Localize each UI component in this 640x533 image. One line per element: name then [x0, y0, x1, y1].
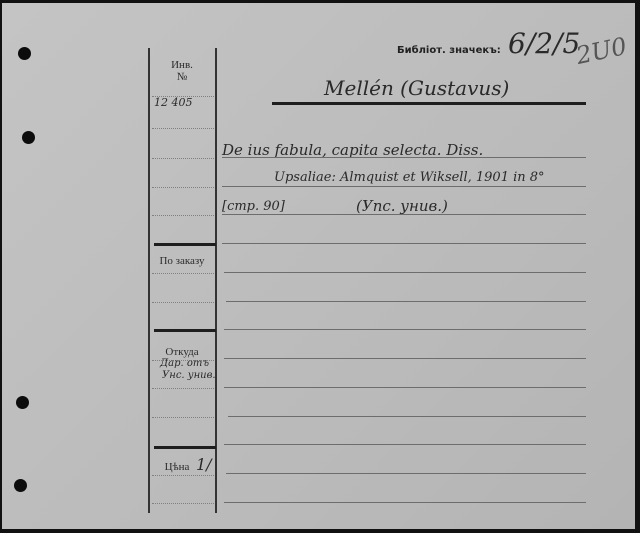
title-pages: [cтр. 90]	[222, 199, 285, 214]
rule	[152, 503, 214, 504]
source-value-line1: Дар. отъ	[160, 358, 209, 369]
title-line-2: Upsaliae: Almquist et Wiksell, 1901 in 8…	[274, 170, 545, 185]
inventory-label-line2: №	[150, 71, 214, 83]
punch-hole	[16, 396, 29, 409]
inventory-label: Инв. №	[150, 59, 214, 83]
rule	[226, 473, 586, 474]
author-name: Mellén (Gustavus)	[324, 76, 509, 100]
rule	[152, 388, 214, 389]
punch-hole	[14, 479, 27, 492]
price-label: Цѣна	[162, 461, 192, 473]
source-value-line2: Унс. унив.	[162, 370, 216, 381]
rule	[224, 444, 586, 445]
inventory-label-line1: Инв.	[150, 59, 214, 71]
rule	[152, 302, 214, 303]
punch-hole	[22, 131, 35, 144]
rule	[224, 329, 586, 330]
rule	[222, 157, 586, 158]
title-note: (Упс. унив.)	[356, 197, 448, 215]
inventory-number: 12 405	[154, 96, 193, 109]
catalog-card: Библіот. значекъ: 6/2/5 2U0 Инв. № 12 40…	[2, 3, 635, 529]
author-underline	[272, 102, 586, 105]
rule	[152, 475, 214, 476]
rule	[152, 215, 214, 216]
rule	[224, 358, 586, 359]
column-border-right	[215, 48, 217, 513]
library-sign-label: Библіот. значекъ:	[397, 45, 501, 56]
rule	[226, 301, 586, 302]
rule	[222, 186, 586, 187]
punch-hole	[18, 47, 31, 60]
section-divider	[154, 329, 216, 332]
order-label: По заказу	[150, 255, 214, 267]
section-divider	[154, 446, 216, 449]
rule	[224, 502, 586, 503]
rule	[224, 387, 586, 388]
rule	[228, 416, 586, 417]
library-sign-value: 6/2/5	[508, 27, 580, 60]
rule	[222, 243, 586, 244]
rule	[222, 214, 586, 215]
rule	[152, 417, 214, 418]
rule	[152, 128, 214, 129]
rule	[152, 158, 214, 159]
rule	[152, 187, 214, 188]
source-label: Откуда	[150, 346, 214, 358]
section-divider	[154, 243, 216, 246]
pencil-mark: 2U0	[574, 32, 629, 70]
price-value: 1/	[196, 455, 212, 474]
column-border-left	[148, 48, 150, 513]
rule	[152, 273, 214, 274]
rule	[224, 272, 586, 273]
